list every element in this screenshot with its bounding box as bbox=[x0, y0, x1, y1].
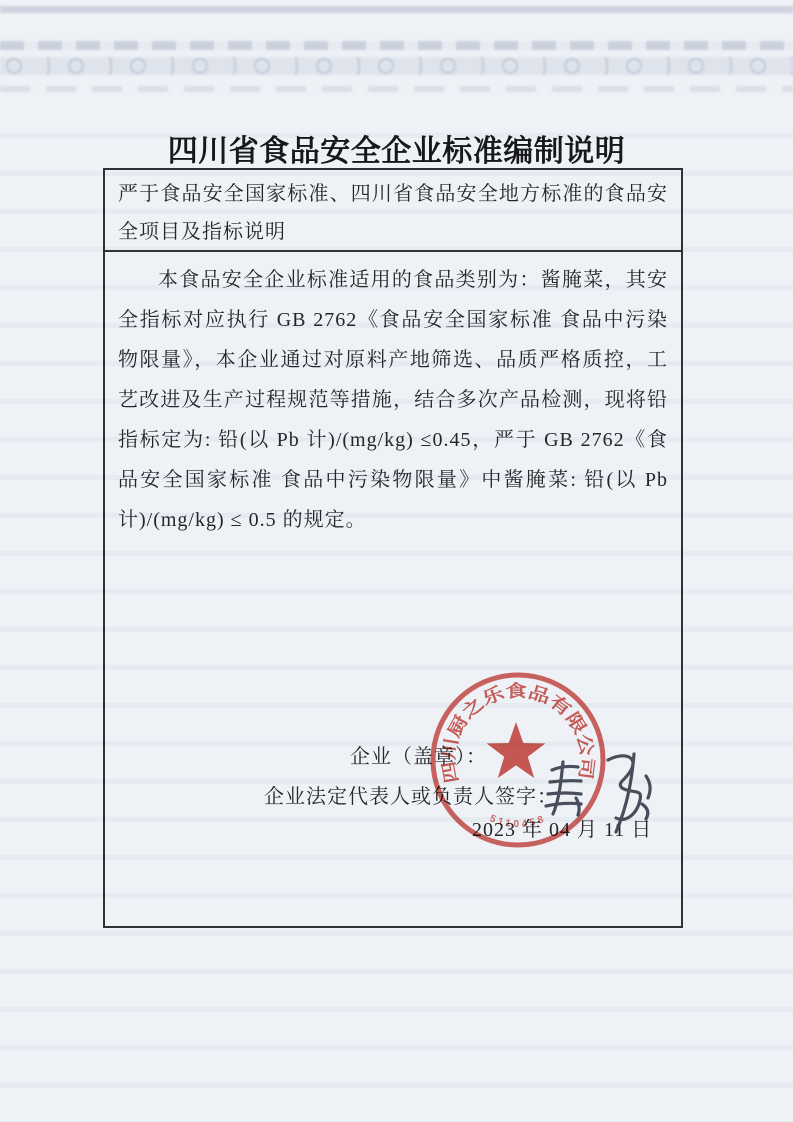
date-line: 2023 年 04 月 11 日 bbox=[472, 813, 652, 842]
table-body-cell: 本食品安全企业标准适用的食品类别为：酱腌菜，其安全指标对应执行 GB 2762《… bbox=[105, 252, 681, 540]
scan-ghost-band bbox=[0, 57, 793, 75]
page-title: 四川省食品安全企业标准编制说明 bbox=[0, 126, 793, 170]
standard-explanation-paragraph: 本食品安全企业标准适用的食品类别为：酱腌菜，其安全指标对应执行 GB 2762《… bbox=[118, 260, 668, 540]
scan-ghost-band bbox=[0, 86, 793, 92]
scan-ghost-band bbox=[0, 6, 793, 13]
scanned-document-page: 四川省食品安全企业标准编制说明 严于食品安全国家标准、四川省食品安全地方标准的食… bbox=[0, 0, 793, 1122]
signatory-label: 企业法定代表人或负责人签字： bbox=[264, 780, 558, 809]
company-seal-label: 企业（盖章）： bbox=[350, 740, 487, 769]
table-header-cell: 严于食品安全国家标准、四川省食品安全地方标准的食品安全项目及指标说明 bbox=[105, 170, 681, 252]
scan-ghost-band bbox=[0, 41, 793, 50]
